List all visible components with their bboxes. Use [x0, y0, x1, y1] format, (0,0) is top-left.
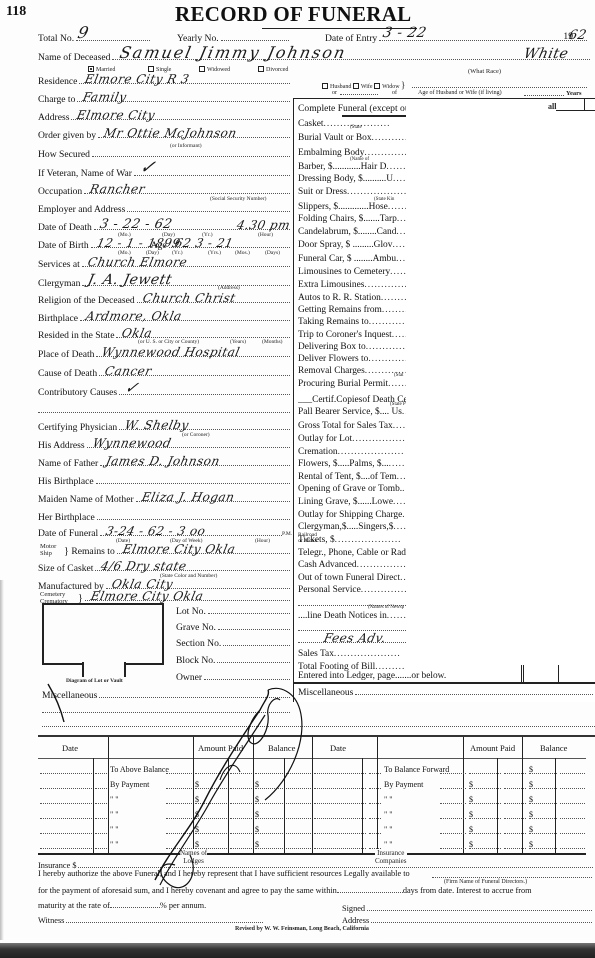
page-number: 118	[6, 4, 26, 20]
insurance-companies-label: InsuranceCompanies	[375, 849, 407, 865]
row-leader	[166, 773, 192, 774]
railroad-motor-label: Railroad or Motor	[298, 532, 318, 544]
payment-ledger-table: Date Amount Paid Balance Date Amount Pai…	[38, 735, 595, 853]
itemized-item[interactable]: Limousines to Cemetery..................…	[298, 267, 406, 277]
row-leader	[440, 773, 466, 774]
row-leader	[440, 833, 466, 834]
itemized-item[interactable]: Lining Grave, $......Lowe...............…	[298, 497, 406, 507]
currency-symbol: $	[255, 840, 259, 849]
currency-symbol: $	[255, 825, 259, 834]
payment-cell[interactable]	[469, 788, 501, 789]
how-secured-label: How Secured	[38, 149, 90, 160]
owner-label: Owner	[176, 672, 202, 683]
payment-cell[interactable]	[286, 773, 311, 774]
misc-line-3[interactable]	[42, 726, 595, 727]
wife-checkbox[interactable]	[353, 83, 359, 89]
col-divider	[284, 758, 285, 853]
grave-no-label: Grave No.	[176, 622, 216, 633]
her-birthplace-field[interactable]: Her Birthplace	[38, 512, 290, 523]
size-of-casket-value: 4/6 Dry state	[100, 559, 189, 573]
payment-cell[interactable]	[369, 788, 381, 789]
payment-cell[interactable]	[95, 818, 107, 819]
signed-label: Signed	[342, 904, 365, 913]
religion-value: Church Christ	[141, 291, 237, 305]
address-signer-label: Address	[342, 916, 369, 925]
itemized-item[interactable]: Folding Chairs, $.......Tarp............…	[298, 214, 406, 224]
her-birthplace-label: Her Birthplace	[38, 512, 95, 523]
itemized-item[interactable]: Getting Remains from....................	[298, 305, 406, 315]
charge-to-label: Charge to	[38, 94, 75, 105]
date-of-birth-label: Date of Birth	[38, 240, 89, 251]
authorize-line-2: for the payment of aforesaid sum, and I …	[38, 886, 532, 895]
caption-hour: (Hour)	[258, 232, 273, 238]
payment-cell[interactable]	[95, 788, 107, 789]
payment-cell[interactable]	[255, 788, 283, 789]
payment-row-label: By Payment	[384, 780, 423, 789]
caption-age-days: (Days)	[265, 250, 280, 256]
maiden-name-mother-label: Maiden Name of Mother	[38, 494, 134, 505]
itemized-caption: (Name of	[350, 157, 369, 162]
lot-miscellaneous-label: Miscellaneous	[42, 690, 97, 701]
col-header-amount-left: Amount Paid	[198, 743, 243, 753]
coroner-caption: (or Coroner)	[182, 432, 210, 438]
section-no-field[interactable]: Section No.	[176, 638, 290, 649]
contributory-causes-label: Contributory Causes	[38, 387, 117, 398]
itemized-item[interactable]: Extra Limousines....................	[298, 280, 406, 290]
payment-cell[interactable]	[286, 848, 311, 849]
place-of-death-field[interactable]: Place of DeathWynnewood Hospital	[38, 349, 290, 360]
caption-funeral-hour: (Hour)	[255, 538, 270, 544]
payment-cell[interactable]	[230, 818, 252, 819]
itemized-item[interactable]: Removal Charges....................	[298, 366, 406, 376]
lot-diagram-box	[42, 603, 164, 665]
address-value: Elmore City	[76, 108, 157, 122]
row-leader	[440, 788, 466, 789]
payment-cell[interactable]	[255, 848, 283, 849]
document-title: RECORD OF FUNERAL	[175, 2, 412, 27]
payment-cell[interactable]	[230, 788, 252, 789]
itemized-item[interactable]: Cremation....................	[298, 447, 406, 457]
lot-no-label: Lot No.	[176, 606, 206, 617]
payment-row-label: " "	[110, 810, 119, 819]
payment-cell[interactable]	[314, 803, 366, 804]
itemized-item[interactable]: Outlay for Lot....................	[298, 434, 406, 444]
race-caption: (What Race)	[468, 68, 501, 75]
divorced-checkbox[interactable]	[258, 66, 264, 72]
lot-misc-line-2[interactable]	[42, 712, 290, 713]
spouse-of: of	[392, 90, 397, 96]
age-of-spouse-line	[524, 95, 564, 96]
services-at-field[interactable]: Services atChurch Elmore	[38, 259, 290, 270]
religion-label: Religion of the Deceased	[38, 295, 135, 306]
residence-label: Residence	[38, 76, 77, 87]
itemized-item[interactable]: ....line Death Notices in...............…	[298, 611, 406, 621]
pm-label: P.M.	[282, 531, 292, 537]
itemized-item[interactable]: Opening of Grave or Tomb................…	[298, 484, 406, 494]
currency-symbol: $	[529, 810, 533, 819]
block-no-field[interactable]: Block No.	[176, 655, 290, 666]
clergyman-field[interactable]: ClergymanJ. A. Jewett	[38, 278, 290, 289]
cause-of-death-label: Cause of Death	[38, 368, 97, 379]
itemized-item[interactable]: Taking Remains to....................	[298, 317, 406, 327]
residence-field[interactable]: ResidenceElmore City R 3	[38, 76, 290, 87]
currency-symbol: $	[255, 780, 259, 789]
itemized-miscellaneous-field[interactable]: Miscellaneous	[298, 687, 593, 698]
col-divider	[228, 758, 229, 853]
veteran-field[interactable]: If Veteran, Name of War✓	[38, 168, 290, 179]
date-of-funeral-field[interactable]: Date of Funeral3-24 - 62 - 3 oo	[38, 528, 282, 539]
payment-cell[interactable]	[560, 818, 585, 819]
payment-cell[interactable]	[469, 803, 501, 804]
interest-rate-field[interactable]	[110, 907, 160, 908]
payment-cell[interactable]	[504, 818, 526, 819]
marital-widowed[interactable]: Widowed	[199, 66, 230, 73]
payment-cell[interactable]	[230, 833, 252, 834]
payment-cell[interactable]	[40, 788, 92, 789]
firm-name-line[interactable]	[432, 877, 592, 878]
itemized-item[interactable]: Pall Bearer Service, $.... Us...........…	[298, 407, 406, 417]
payment-cell[interactable]	[40, 803, 92, 804]
time-of-death-value: 4.30 pm	[235, 218, 291, 232]
age-of-spouse-unit: Years	[566, 90, 582, 97]
payment-cell[interactable]	[255, 833, 283, 834]
currency-symbol: $	[195, 810, 199, 819]
payment-row-label: " "	[384, 825, 393, 834]
payment-cell[interactable]	[560, 788, 585, 789]
birthplace-field[interactable]: BirthplaceArdmore, Okla	[38, 313, 290, 324]
col-tick-1	[521, 665, 522, 682]
payment-cell[interactable]	[230, 773, 252, 774]
veteran-label: If Veteran, Name of War	[38, 168, 132, 179]
row-leader	[166, 788, 192, 789]
itemized-item[interactable]	[298, 623, 406, 631]
payment-cell[interactable]	[95, 773, 107, 774]
col-tick-3	[558, 665, 559, 682]
remains-to-label: Remains to	[71, 546, 114, 557]
currency-symbol: $	[195, 780, 199, 789]
date-of-birth-field[interactable]: Date of Birth12 - 1 - 1899Age62 3 - 21	[38, 240, 290, 251]
husband-checkbox[interactable]	[322, 83, 328, 89]
col-divider	[522, 737, 523, 853]
payment-row-label: To Above Balance	[110, 765, 169, 774]
diagram-leg-left	[82, 662, 84, 677]
payment-cell[interactable]	[230, 803, 252, 804]
cemetery-value: Elmore City Okla	[89, 589, 204, 603]
payment-cell[interactable]	[40, 848, 92, 849]
col-header-amount-right: Amount Paid	[470, 743, 515, 753]
payment-cell[interactable]	[314, 833, 366, 834]
name-of-deceased-field[interactable]: Name of Deceased Samuel Jimmy Johnson Wh…	[38, 52, 590, 63]
itemized-item[interactable]: Gross Total for Sales Tax...............…	[298, 421, 406, 431]
payment-row-label: " "	[110, 840, 119, 849]
firm-caption: (Firm Name of Funeral Directors.)	[444, 879, 527, 885]
lodges-label: Names ofLodges	[180, 849, 207, 865]
his-address-label: His Address	[38, 440, 85, 451]
payment-cell[interactable]	[95, 803, 107, 804]
payment-cell[interactable]	[560, 773, 585, 774]
name-of-father-label: Name of Father	[38, 458, 98, 469]
col-divider	[463, 737, 464, 853]
itemized-item[interactable]: Trip to Coroner's Inquest...............…	[298, 330, 406, 340]
row-leader	[166, 818, 192, 819]
birthplace-label: Birthplace	[38, 313, 78, 324]
col-header-balance-right: Balance	[540, 743, 567, 753]
itemized-caption: (State	[350, 125, 362, 130]
payment-cell[interactable]	[369, 833, 381, 834]
entered-into-ledger[interactable]: Entered into Ledger, page.......or below…	[298, 671, 478, 681]
itemized-item[interactable]: Rental of Tent, $....of Tem.............…	[298, 472, 406, 482]
payment-cell[interactable]	[40, 818, 92, 819]
payment-cell[interactable]	[255, 773, 283, 774]
itemized-charges-panel: Complete Funeral (except outl Casket....…	[293, 98, 595, 702]
payment-cell[interactable]	[560, 833, 585, 834]
table-bottom-line	[38, 853, 586, 855]
row-leader	[440, 803, 466, 804]
itemized-item[interactable]: Clergyman,$.....Singers,$...............…	[298, 522, 406, 532]
diagram-leg-right	[124, 662, 126, 677]
race-value: White	[522, 46, 570, 62]
payment-cell[interactable]	[369, 773, 381, 774]
payment-cell[interactable]	[195, 818, 227, 819]
contributory-causes-value: ✓	[123, 378, 141, 397]
contributory-causes-field[interactable]: Contributory Causes✓	[38, 387, 290, 398]
itemized-item[interactable]: Funeral Car, $ ........Ambu.............…	[298, 254, 406, 264]
age-value: 62 3 - 21	[173, 236, 234, 250]
how-secured-field[interactable]: How Secured	[38, 149, 290, 160]
cause-of-death-field[interactable]: Cause of DeathCancer	[38, 368, 290, 379]
remains-to-value: Elmore City Okla	[121, 542, 236, 556]
itemized-item[interactable]: Telegr., Phone, Cable or Rad............…	[298, 548, 406, 558]
ledger-separator	[294, 682, 595, 684]
owner-field[interactable]: Owner	[176, 672, 290, 683]
heading-underline	[342, 115, 406, 117]
charge-to-value: Family	[82, 90, 128, 104]
caption-age-mos: (Mos.)	[235, 250, 250, 256]
certifying-physician-field[interactable]: Certifying PhysicianW. Shelby	[38, 422, 290, 433]
itemized-item[interactable]: Slippers, $.............Hose............…	[298, 202, 406, 212]
his-birthplace-label: His Birthplace	[38, 476, 94, 487]
payment-cell[interactable]	[529, 848, 557, 849]
motor-ship-label: MotorShip	[40, 543, 56, 557]
services-at-value: Church Elmore	[86, 255, 188, 269]
itemized-item[interactable]: Procuring Burial Permit.................…	[298, 379, 406, 389]
currency-symbol: $	[469, 825, 473, 834]
marital-divorced[interactable]: Divorced	[258, 66, 288, 73]
payment-cell[interactable]	[504, 848, 526, 849]
date-of-entry-field[interactable]: Date of Entry 3 - 22 19 62	[325, 33, 587, 44]
authorize-line-3: maturity at the rate of% per annum.	[38, 901, 206, 910]
payment-cell[interactable]	[255, 818, 283, 819]
date-of-entry-year: 62	[568, 28, 589, 43]
spouse-options[interactable]: Husband Wife Widow }	[322, 80, 405, 90]
itemized-item[interactable]: Suit or Dress....................	[298, 187, 406, 197]
date-of-death-value: 3 - 22 - 62	[98, 217, 173, 232]
name-of-deceased-value: Samuel Jimmy Johnson	[118, 43, 348, 62]
payment-cell[interactable]	[529, 833, 557, 834]
payment-cell[interactable]	[504, 833, 526, 834]
payment-cell[interactable]	[469, 833, 501, 834]
veteran-value: ✓	[138, 157, 158, 178]
lot-no-field[interactable]: Lot No.	[176, 606, 290, 617]
payment-cell[interactable]	[529, 803, 557, 804]
itemized-item[interactable]: Autos to R. R. Station..................…	[298, 293, 406, 303]
cause-of-death-value: Cancer	[104, 364, 154, 378]
currency-symbol: $	[195, 840, 199, 849]
col-header-date-right: Date	[330, 743, 346, 753]
contributory-causes-extra-line[interactable]	[38, 412, 290, 413]
resided-in-state-value: Okla	[121, 326, 154, 340]
payment-row-label: " "	[110, 795, 119, 804]
payment-cell[interactable]	[504, 773, 526, 774]
total-no-value: 9	[76, 23, 91, 42]
itemized-item[interactable]: Delivering Box to....................	[298, 342, 406, 352]
employer-field[interactable]: Employer and Address	[38, 204, 290, 215]
itemized-item[interactable]: Burial Vault or Box....................	[298, 133, 406, 143]
currency-symbol: $	[469, 780, 473, 789]
payment-row-label: " "	[384, 840, 393, 849]
currency-symbol: $	[195, 825, 199, 834]
payment-row-label: " "	[384, 795, 393, 804]
col-divider	[108, 737, 109, 853]
col-header-date-left: Date	[62, 743, 78, 753]
itemized-item[interactable]: Candelabrum, $........Cand..............…	[298, 227, 406, 237]
payment-cell[interactable]	[529, 773, 557, 774]
payment-cell[interactable]	[195, 803, 227, 804]
col-divider	[312, 737, 313, 853]
widowed-checkbox[interactable]	[199, 66, 205, 72]
payment-cell[interactable]	[469, 773, 501, 774]
place-of-death-label: Place of Death	[38, 349, 94, 360]
payment-cell[interactable]	[95, 833, 107, 834]
itemized-caption: (State P	[390, 402, 406, 407]
itemized-caption: (State Kin	[374, 197, 394, 202]
payment-cell[interactable]	[314, 773, 366, 774]
itemized-item[interactable]: Cash Advanced....................	[298, 560, 406, 570]
payment-cell[interactable]	[529, 788, 557, 789]
payment-cell[interactable]	[286, 788, 311, 789]
itemized-item[interactable]: Outlay for Shipping Charge..............…	[298, 510, 406, 520]
payment-cell[interactable]	[504, 788, 526, 789]
diagram-gap	[82, 660, 124, 668]
address-label: Address	[38, 112, 69, 123]
payment-cell[interactable]	[95, 848, 107, 849]
charge-to-field[interactable]: Charge toFamily	[38, 94, 290, 105]
itemized-item[interactable]: Barber, $............Hair D.............…	[298, 162, 406, 172]
payment-row-label: " "	[110, 825, 119, 834]
itemized-caption: (Stat	[394, 373, 403, 378]
row-leader	[440, 818, 466, 819]
itemized-item[interactable]: Deliver Flowers to....................	[298, 354, 406, 364]
payment-cell[interactable]	[469, 848, 501, 849]
payment-cell[interactable]	[255, 803, 283, 804]
payment-cell[interactable]	[529, 818, 557, 819]
currency-symbol: $	[195, 795, 199, 804]
payment-cell[interactable]	[314, 848, 366, 849]
date-of-entry-value: 3 - 22	[382, 25, 429, 41]
row-leader	[440, 848, 466, 849]
clergyman-label: Clergyman	[38, 278, 80, 289]
col-divider	[377, 737, 378, 853]
payment-cell[interactable]	[195, 788, 227, 789]
lot-miscellaneous-field[interactable]: Miscellaneous	[42, 690, 290, 701]
witness-field[interactable]: Witness	[38, 915, 263, 925]
his-birthplace-field[interactable]: His Birthplace	[38, 476, 290, 487]
itemized-item[interactable]: Flowers, $.....Palms, $.................…	[298, 459, 406, 469]
complete-funeral-heading: Complete Funeral (except outl	[298, 103, 406, 114]
authorize-line-1: I hereby authorize the above Funeral, an…	[38, 869, 410, 878]
payment-cell[interactable]	[195, 773, 227, 774]
maiden-name-mother-field[interactable]: Maiden Name of MotherEliza J. Hogan	[38, 494, 290, 505]
date-of-death-label: Date of Death	[38, 222, 92, 233]
currency-symbol: $	[469, 795, 473, 804]
itemized-item[interactable]: Dressing Body, $..........U.............…	[298, 174, 406, 184]
address-field[interactable]: AddressElmore City	[38, 112, 290, 123]
his-address-field[interactable]: His AddressWynnewood	[38, 440, 290, 451]
date-of-funeral-value: 3-24 - 62 - 3 oo	[105, 524, 207, 538]
payment-cell[interactable]	[314, 788, 366, 789]
payment-cell[interactable]	[230, 848, 252, 849]
ssn-caption: (Social Security Number)	[210, 196, 267, 202]
grave-no-field[interactable]: Grave No.	[176, 622, 290, 633]
currency-symbol: $	[255, 810, 259, 819]
currency-symbol: $	[469, 840, 473, 849]
itemized-item[interactable]: Sales Tax....................	[298, 649, 406, 659]
top-right-tick	[584, 99, 585, 111]
payment-cell[interactable]	[314, 818, 366, 819]
religion-field[interactable]: Religion of the DeceasedChurch Christ	[38, 295, 290, 306]
itemized-item[interactable]: Door Spray, $ .........Glov.............…	[298, 240, 406, 250]
currency-symbol: $	[529, 780, 533, 789]
currency-symbol: $	[529, 795, 533, 804]
payment-cell[interactable]	[369, 818, 381, 819]
payment-cell[interactable]	[40, 833, 92, 834]
itemized-item[interactable]: Out of town Funeral Direct..............…	[298, 573, 406, 583]
payment-cell[interactable]	[369, 803, 381, 804]
itemized-item[interactable]: Personal Service....................	[298, 585, 406, 595]
payment-cell[interactable]	[560, 803, 585, 804]
payment-cell[interactable]	[469, 818, 501, 819]
address-signer-field[interactable]: Address	[342, 915, 592, 925]
order-given-by-label: Order given by	[38, 130, 96, 141]
witness-label: Witness	[38, 916, 64, 925]
payment-row-label: " "	[384, 810, 393, 819]
payment-cell[interactable]	[195, 833, 227, 834]
his-address-value: Wynnewood	[91, 436, 172, 450]
payment-cell[interactable]	[40, 773, 92, 774]
signed-field[interactable]: Signed	[342, 903, 592, 913]
top-right-line	[556, 110, 595, 111]
section-no-label: Section No.	[176, 638, 221, 649]
remains-to-field[interactable]: } Remains toElmore City Okla	[64, 546, 290, 557]
birthplace-value: Ardmore, Okla	[84, 309, 183, 323]
payment-cell[interactable]	[286, 818, 311, 819]
widow-checkbox[interactable]	[374, 83, 380, 89]
name-of-father-field[interactable]: Name of FatherJames D. Johnson	[38, 458, 290, 469]
name-of-deceased-label: Name of Deceased	[38, 52, 110, 63]
clergyman-value: J. A. Jewett	[87, 272, 174, 288]
itemized-caption: (Names of Newsp	[368, 605, 404, 610]
payment-cell[interactable]	[560, 848, 585, 849]
payment-cell[interactable]	[286, 833, 311, 834]
scan-edge-band	[0, 943, 595, 958]
occupation-value: Rancher	[89, 182, 147, 196]
payment-cell[interactable]	[504, 803, 526, 804]
payment-cell[interactable]	[286, 803, 311, 804]
order-given-by-field[interactable]: Order given byMr Ottie McJohnson	[38, 130, 290, 141]
col-divider	[93, 758, 94, 853]
date-of-funeral-label: Date of Funeral	[38, 528, 98, 539]
currency-symbol: $	[529, 765, 533, 774]
